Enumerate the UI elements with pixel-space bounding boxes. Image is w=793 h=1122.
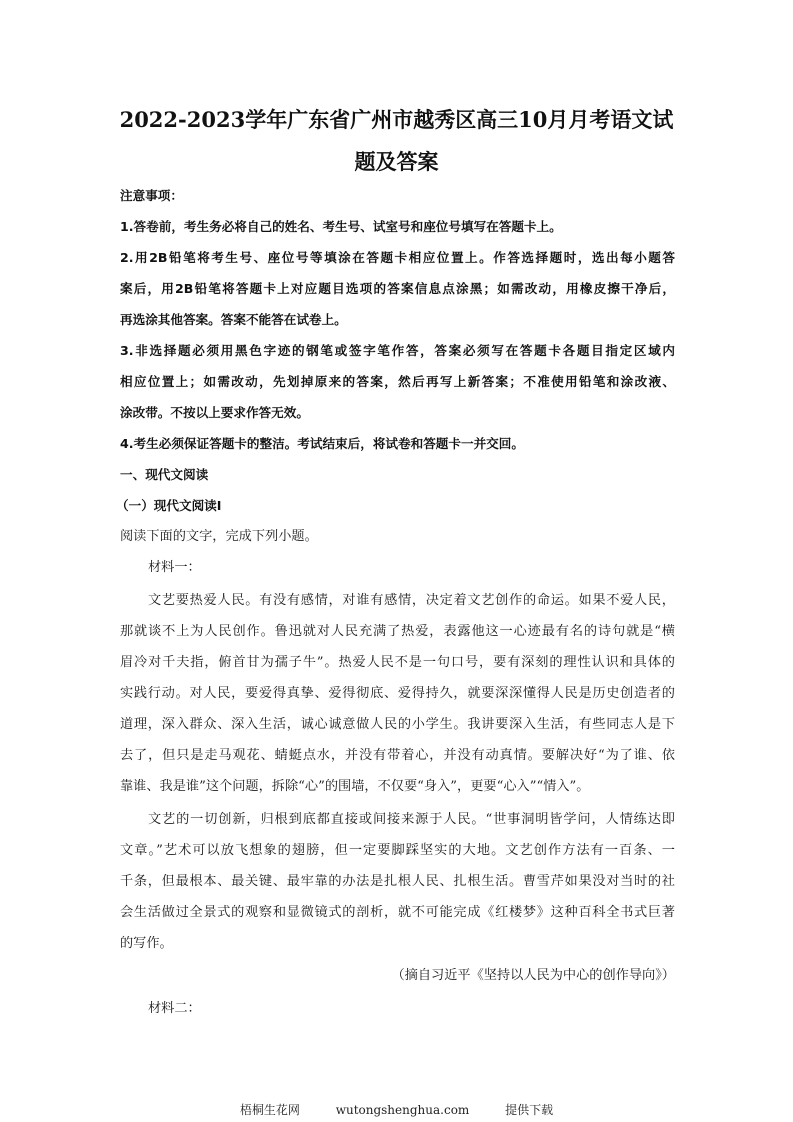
notice-item-2-line1: 2.用2B铅笔将考生号、座位号等填涂在答题卡相应位置上。作答选择题时，选出每小题…	[120, 248, 675, 268]
para1-line3: 眉冷对千夫指，俯首甘为孺子牛”。热爱人民不是一句口号，要有深刻的理性认识和具体的	[120, 653, 675, 673]
page-footer: 梧桐生花网 wutongshenghua.com 提供下载	[0, 1101, 793, 1118]
para1-line5: 道理，深入群众、深入生活，诚心诚意做人民的小学生。我讲要深入生活，有些同志人是下	[120, 715, 675, 735]
footer-site-name: 梧桐生花网	[240, 1101, 300, 1118]
para1-line2: 那就谈不上为人民创作。鲁迅就对人民充满了热爱，表露他这一心迹最有名的诗句就是“横	[120, 622, 675, 642]
notice-heading: 注意事项：	[120, 186, 675, 206]
notice-item-3-line2: 相应位置上；如需改动，先划掉原来的答案，然后再写上新答案；不准使用铅笔和涂改液、	[120, 372, 675, 392]
document-title-line1: 2022-2023学年广东省广州市越秀区高三10月月考语文试	[100, 97, 693, 143]
material2-label: 材料二：	[148, 999, 675, 1019]
section-subheading: （一）现代文阅读Ⅰ	[116, 496, 671, 516]
para2-line5: 的写作。	[120, 934, 675, 954]
document-title-line2: 题及答案	[100, 139, 693, 185]
para1-line7: 靠谁、我是谁”这个问题，拆除“心”的围墙，不仅要“身入”，更要“心入”“情入”。	[120, 777, 675, 797]
document-page: 2022-2023学年广东省广州市越秀区高三10月月考语文试 题及答案 注意事项…	[0, 0, 793, 1122]
para2-line2: 文章。”艺术可以放飞想象的翅膀，但一定要脚踩坚实的大地。文艺创作方法有一百条、一	[120, 841, 675, 861]
notice-item-3-line1: 3.非选择题必须用黑色字迹的钢笔或签字笔作答，答案必须写在答题卡各题目指定区域内	[120, 341, 675, 361]
notice-item-2-line2: 案后，用2B铅笔将答题卡上对应题目选项的答案信息点涂黑；如需改动，用橡皮擦干净后…	[120, 279, 675, 299]
para2-line1: 文艺的一切创新，归根到底都直接或间接来源于人民。“世事洞明皆学问，人情练达即	[148, 810, 675, 830]
footer-url[interactable]: wutongshenghua.com	[336, 1103, 470, 1117]
notice-item-3-line3: 涂改带。不按以上要求作答无效。	[120, 403, 675, 423]
source-citation: （摘自习近平《坚持以人民为中心的创作导向》）	[120, 966, 675, 986]
footer-note: 提供下载	[505, 1101, 553, 1118]
para1-line1: 文艺要热爱人民。有没有感情，对谁有感情，决定着文艺创作的命运。如果不爱人民，	[148, 591, 675, 611]
para2-line3: 千条，但最根本、最关键、最牢靠的办法是扎根人民、扎根生活。曹雪芹如果没对当时的社	[120, 872, 675, 892]
para2-line4: 会生活做过全景式的观察和显微镜式的剖析，就不可能完成《红楼梦》这种百科全书式巨著	[120, 903, 675, 923]
reading-instruction: 阅读下面的文字，完成下列小题。	[120, 527, 675, 547]
para1-line4: 实践行动。对人民，要爱得真挚、爱得彻底、爱得持久，就要深深懂得人民是历史创造者的	[120, 684, 675, 704]
para1-line6: 去了，但只是走马观花、蜻蜓点水，并没有带着心，并没有动真情。要解决好“为了谁、依	[120, 746, 675, 766]
notice-item-1: 1.答卷前，考生务必将自己的姓名、考生号、试室号和座位号填写在答题卡上。	[120, 217, 675, 237]
material1-label: 材料一：	[148, 558, 675, 578]
notice-item-4: 4.考生必须保证答题卡的整洁。考试结束后，将试卷和答题卡一并交回。	[120, 434, 675, 454]
notice-item-2-line3: 再选涂其他答案。答案不能答在试卷上。	[120, 310, 675, 330]
section-heading: 一、现代文阅读	[120, 465, 675, 485]
